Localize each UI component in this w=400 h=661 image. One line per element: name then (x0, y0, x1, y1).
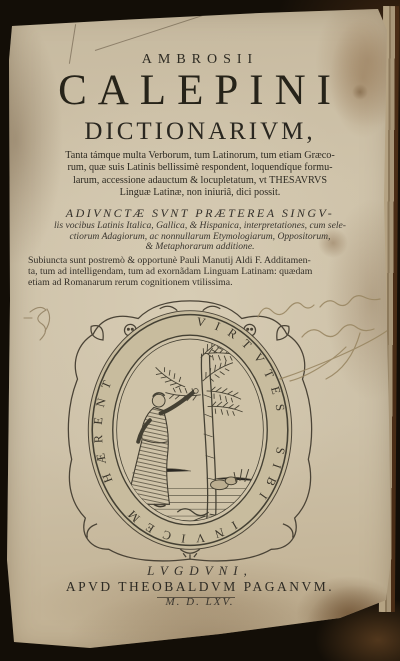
imprint-city: LVGDVNI, (0, 563, 400, 579)
main-title: CALEPINI (0, 66, 400, 115)
subtitle: DICTIONARIVM, (0, 118, 400, 146)
paragraph-2: lis vocibus Latinis Italica, Gallica, & … (0, 221, 400, 253)
paragraph-3: Subiuncta sunt postremò & opportunè Paul… (28, 255, 374, 289)
title-page: AMBROSII CALEPINI DICTIONARIVM, Tanta tá… (0, 0, 400, 661)
imprint-date: M. D. LXV. (0, 596, 400, 608)
book-photograph: AMBROSII CALEPINI DICTIONARIVM, Tanta tá… (0, 0, 400, 661)
paragraph-1: Tanta támque multa Verborum, tum Latinor… (0, 150, 400, 199)
handwritten-inscription (250, 293, 398, 385)
ex-libris-mark (20, 296, 64, 344)
adiunctae-heading: ADIVNCTÆ SVNT PRÆTEREA SINGV- (0, 206, 400, 221)
imprint-publisher: APVD THEOBALDVM PAGANVM. (0, 579, 400, 595)
crease-line (95, 12, 211, 51)
